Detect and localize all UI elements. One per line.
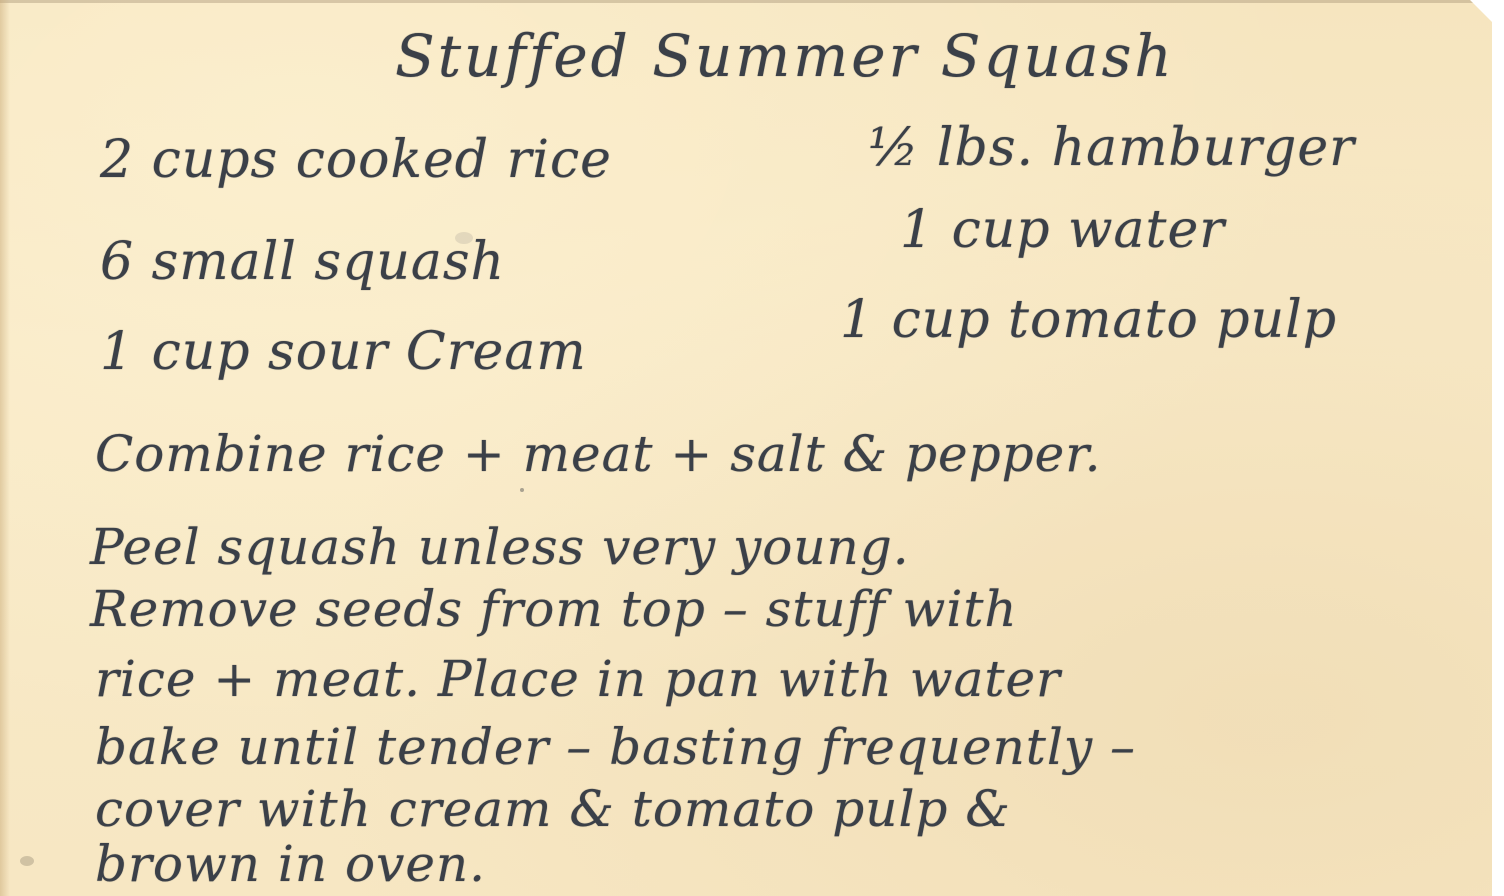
ingredient-item: 6 small squash [100, 232, 505, 292]
ingredient-item: ½ lbs. hamburger [868, 118, 1355, 178]
direction-line: brown in oven. [95, 835, 486, 893]
direction-line: Combine rice + meat + salt & pepper. [95, 425, 1102, 483]
direction-line: bake until tender – basting frequently – [95, 718, 1136, 776]
ingredient-item: 1 cup tomato pulp [840, 290, 1337, 350]
ingredient-item: 1 cup sour Cream [100, 322, 587, 382]
paper-smudge [455, 232, 473, 244]
card-edge-shadow [0, 0, 10, 896]
paper-fleck [20, 856, 34, 866]
recipe-title: Stuffed Summer Squash [395, 22, 1175, 90]
recipe-card: Stuffed Summer Squash 2 cups cooked rice… [0, 0, 1492, 896]
ingredient-item: 1 cup water [900, 200, 1225, 260]
direction-line: Peel squash unless very young. [90, 518, 910, 576]
paper-fleck [520, 488, 524, 492]
direction-line: Remove seeds from top – stuff with [90, 580, 1018, 638]
direction-line: rice + meat. Place in pan with water [95, 650, 1061, 708]
ingredient-item: 2 cups cooked rice [100, 130, 612, 190]
direction-line: cover with cream & tomato pulp & [95, 780, 1011, 838]
